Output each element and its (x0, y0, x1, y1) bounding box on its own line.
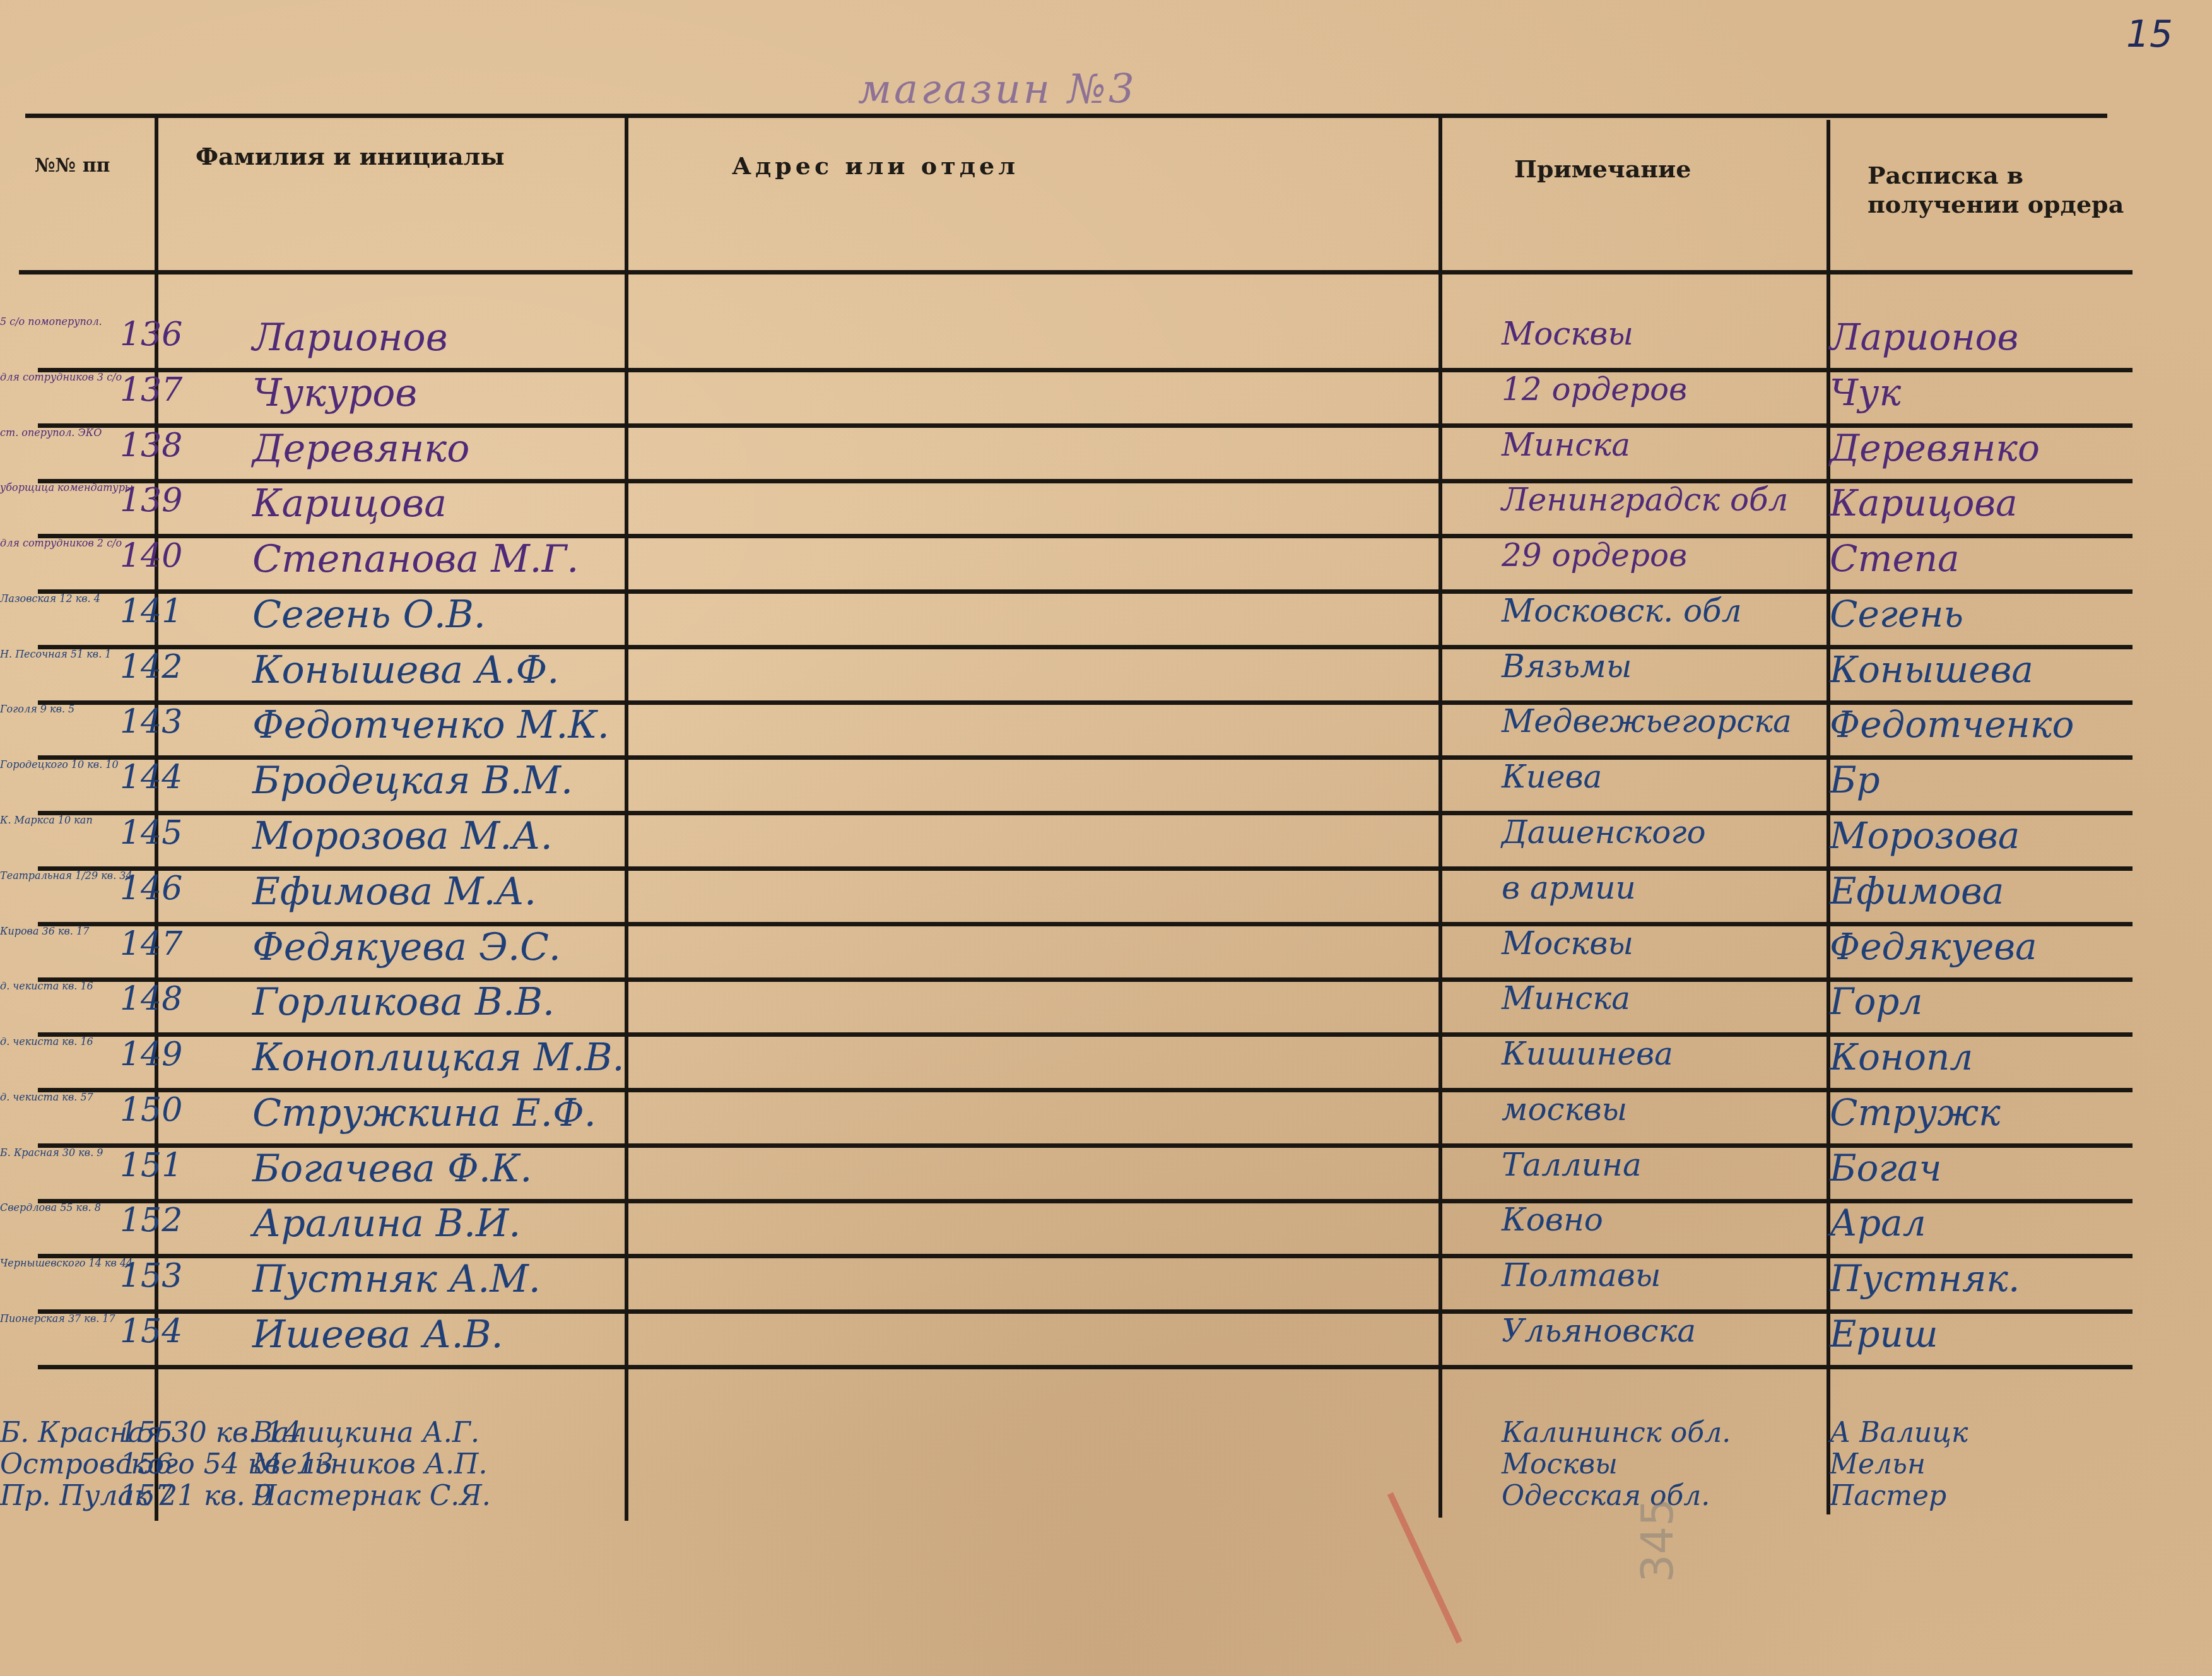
receipt-signature: Чук (1830, 371, 1901, 414)
address-or-department: ст. оперупол. ЭКО (0, 427, 102, 439)
note: Московск. обл (1502, 593, 1741, 629)
person-name: Морозова М.А. (252, 814, 553, 858)
address-or-department: для сотрудников 3 с/о (0, 371, 122, 383)
person-name: Ларионов (252, 316, 448, 360)
address-or-department: Пионерская 37 кв. 17 (0, 1313, 115, 1325)
row-number: 136 (120, 316, 182, 353)
address-or-department: Гоголя 9 кв. 5 (0, 703, 74, 715)
row-number: 150 (120, 1091, 182, 1129)
receipt-signature: Мельн (1830, 1448, 1926, 1480)
address-or-department: д. чекиста кв. 16 (0, 980, 93, 992)
receipt-signature: А Валицк (1830, 1417, 1968, 1449)
row-number: 140 (120, 537, 182, 575)
person-name: Федякуева Э.С. (252, 925, 561, 969)
person-name: Богачева Ф.К. (252, 1147, 532, 1191)
address-or-department: К. Маркса 10 кап (0, 814, 93, 826)
note: Полтавы (1502, 1257, 1661, 1294)
header-address: Адрес или отдел (732, 151, 1019, 180)
receipt-signature: Степа (1830, 537, 1960, 580)
receipt-signature: Сегень (1830, 593, 1963, 635)
row-rule (38, 1365, 2133, 1369)
note: Вязьмы (1502, 648, 1632, 685)
row-number: 149 (120, 1036, 182, 1073)
address-or-department: 5 с/о помоперупол. (0, 316, 102, 328)
address-or-department: Театральная 1/29 кв. 34 (0, 870, 132, 882)
receipt-signature: Конопл (1830, 1036, 1973, 1078)
note: Минска (1502, 980, 1630, 1017)
note: Кишинева (1502, 1036, 1673, 1072)
note: Москвы (1502, 925, 1633, 962)
address-or-department: Б. Красная 30 кв. 14 (0, 1417, 302, 1449)
note: Москвы (1502, 1448, 1618, 1480)
header-top-rule (25, 114, 2107, 118)
address-or-department: Пр. Пулак 21 кв. 9 (0, 1480, 272, 1512)
address-or-department: для сотрудников 2 с/о (0, 537, 122, 549)
note: Калининск обл. (1502, 1417, 1731, 1449)
note: 12 ордеров (1502, 371, 1687, 408)
person-name: Деревянко (252, 427, 469, 471)
row-number: 154 (120, 1313, 182, 1350)
receipt-signature: Ларионов (1830, 316, 2018, 358)
grey-stamp-number: 345 (1632, 1498, 1683, 1583)
note: Москвы (1502, 316, 1633, 352)
page-number: 15 (2126, 13, 2173, 56)
note: 29 ордеров (1502, 537, 1687, 574)
receipt-signature: Конышева (1830, 648, 2033, 691)
receipt-signature: Карицова (1830, 481, 2018, 524)
row-number: 152 (120, 1201, 182, 1239)
person-name: Пастернак С.Я. (252, 1480, 491, 1512)
person-name: Карицова (252, 481, 447, 526)
receipt-signature: Ериш (1830, 1313, 1938, 1355)
header-number: №№ пп (35, 151, 129, 180)
address-or-department: д. чекиста кв. 16 (0, 1036, 93, 1047)
receipt-signature: Пастер (1830, 1480, 1946, 1512)
note: Ульяновска (1502, 1313, 1696, 1349)
person-name: Пустняк А.М. (252, 1257, 541, 1301)
receipt-signature: Богач (1830, 1147, 1942, 1189)
receipt-signature: Морозова (1830, 814, 2020, 857)
person-name: Сегень О.В. (252, 593, 486, 637)
receipt-signature: Ефимова (1830, 870, 2004, 912)
receipt-signature: Стружк (1830, 1091, 2001, 1134)
person-name: Степанова М.Г. (252, 537, 579, 581)
address-or-department: Б. Красная 30 кв. 9 (0, 1147, 103, 1159)
person-name: Ефимова М.А. (252, 870, 536, 914)
row-number: 143 (120, 703, 182, 741)
note: Медвежьегорска (1502, 703, 1792, 740)
receipt-signature: Федотченко (1830, 703, 2074, 746)
row-number: 142 (120, 648, 182, 686)
person-name: Горликова В.В. (252, 980, 555, 1024)
note: Дашенского (1502, 814, 1706, 851)
person-name: Бродецкая В.М. (252, 758, 573, 803)
note: в армии (1502, 870, 1636, 906)
person-name: Ишеева А.В. (252, 1313, 503, 1357)
row-number: 147 (120, 925, 182, 963)
row-number: 138 (120, 427, 182, 464)
note: москвы (1502, 1091, 1627, 1128)
header-note: Примечание (1514, 155, 1691, 184)
col-divider-3 (1438, 117, 1442, 1518)
row-number: 137 (120, 371, 182, 409)
address-or-department: Н. Песочная 51 кв. 1 (0, 648, 112, 660)
row-number: 145 (120, 814, 182, 852)
note: Таллина (1502, 1147, 1642, 1183)
address-or-department: Кирова 36 кв. 17 (0, 925, 89, 937)
person-name: Коноплицкая М.В. (252, 1036, 625, 1080)
note: Киева (1502, 758, 1602, 795)
person-name: Стружкина Е.Ф. (252, 1091, 596, 1135)
note: Ковно (1502, 1201, 1603, 1238)
store-title: магазин №3 (858, 66, 1137, 113)
person-name: Аралина В.И. (252, 1201, 521, 1246)
person-name: Федотченко М.К. (252, 703, 609, 747)
receipt-signature: Пустняк. (1830, 1257, 2020, 1300)
address-or-department: Свердлова 55 кв. 8 (0, 1201, 101, 1213)
address-or-department: Чернышевского 14 кв 44 (0, 1257, 132, 1269)
receipt-signature: Арал (1830, 1201, 1926, 1244)
receipt-signature: Горл (1830, 980, 1922, 1023)
address-or-department: уборщица комендатуры (0, 481, 133, 493)
address-or-department: Лазовская 12 кв. 4 (0, 593, 100, 605)
person-name: Чукуров (252, 371, 417, 415)
address-or-department: Островского 54 кв. 13 (0, 1448, 334, 1480)
note: Минска (1502, 427, 1630, 463)
receipt-signature: Деревянко (1830, 427, 2040, 469)
receipt-signature: Бр (1830, 758, 1880, 801)
address-or-department: д. чекиста кв. 57 (0, 1091, 93, 1103)
address-or-department: Городецкого 10 кв. 10 (0, 758, 119, 770)
row-number: 148 (120, 980, 182, 1018)
person-name: Конышева А.Ф. (252, 648, 559, 692)
header-bottom-rule (19, 270, 2133, 274)
row-number: 141 (120, 593, 182, 630)
header-receipt: Расписка в получении ордера (1868, 161, 2133, 219)
row-number: 151 (120, 1147, 182, 1184)
receipt-signature: Федякуева (1830, 925, 2037, 968)
header-name: Фамилия и инициалы (196, 142, 505, 171)
row-number: 144 (120, 758, 182, 796)
note: Ленинградск обл (1502, 481, 1788, 518)
red-pencil-mark (1387, 1473, 1502, 1643)
